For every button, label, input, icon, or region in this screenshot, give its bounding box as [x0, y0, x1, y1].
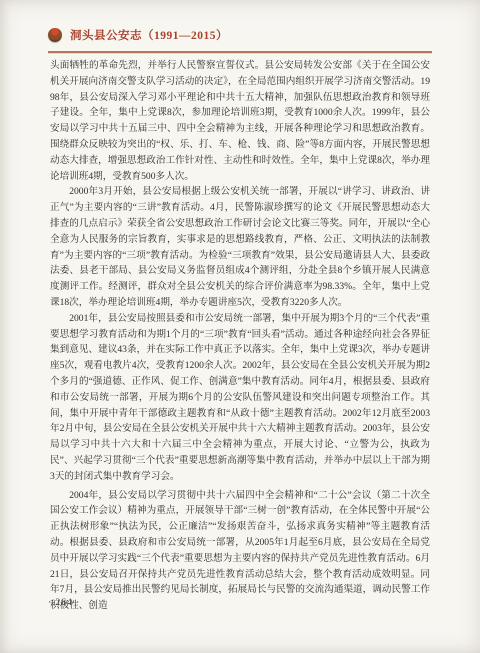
paragraph-continuation: 头面牺牲的革命先烈，并举行人民警察宣誓仪式。县公安局转发公安部《关于在全国公安机… [50, 58, 430, 184]
header-rule [48, 51, 432, 54]
body-text: 头面牺牲的革命先烈，并举行人民警察宣誓仪式。县公安局转发公安部《关于在全国公安机… [50, 58, 430, 614]
paragraph-2001: 2001年，县公安局按照县委和市公安局统一部署，集中开展为期3个月的“三个代表”… [50, 311, 430, 485]
book-page: 洞头县公安志（1991—2015） 头面牺牲的革命先烈，并举行人民警察宣誓仪式。… [0, 0, 480, 653]
page-header: 洞头县公安志（1991—2015） [48, 26, 432, 44]
paragraph-2000: 2000年3月开始，县公安局根据上级公安机关统一部署，开展以“讲学习、讲政治、讲… [50, 184, 430, 310]
paragraph-2004: 2004年，县公安局以学习贯彻中共十六届四中全会精神和“二十公”会议（第二十次全… [50, 488, 430, 614]
badge-emblem-icon [48, 28, 62, 42]
page-number: · 264 · [48, 598, 80, 608]
running-head-title: 洞头县公安志（1991—2015） [70, 27, 228, 43]
